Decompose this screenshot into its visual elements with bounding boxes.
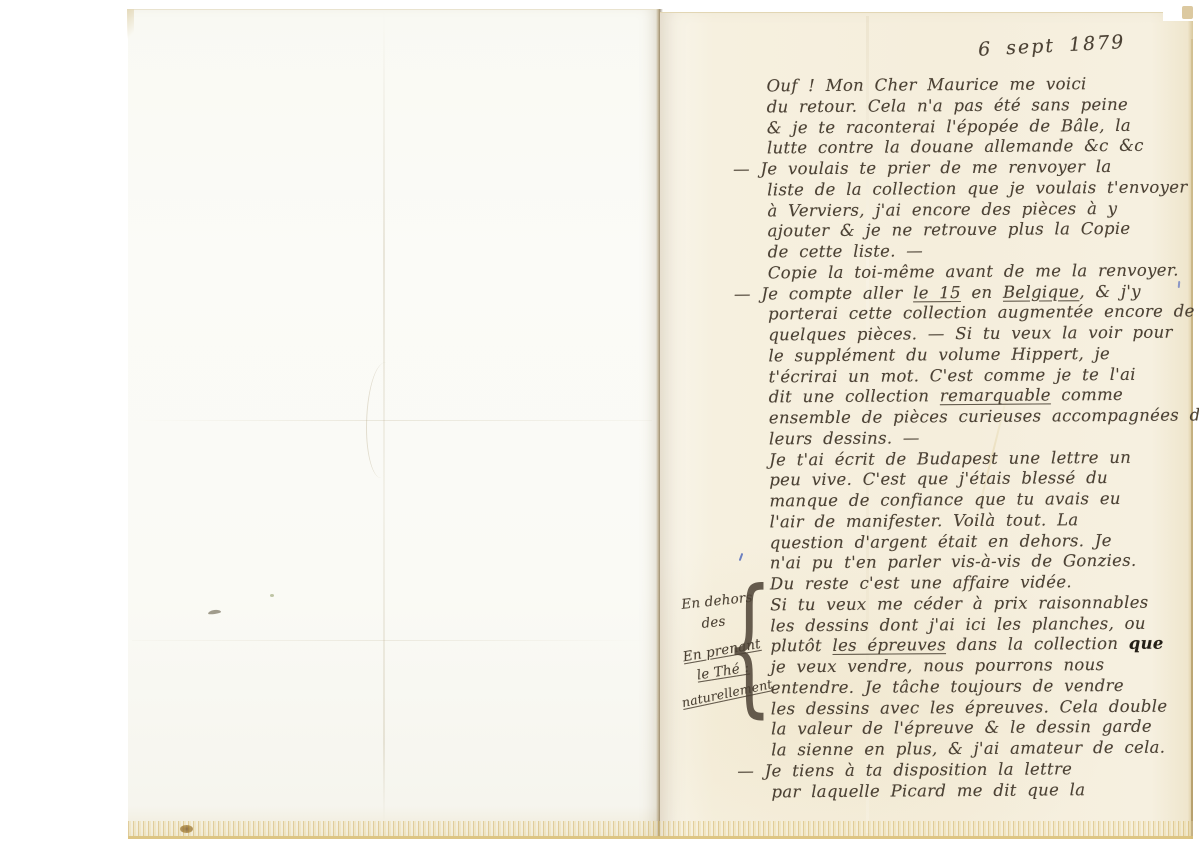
letter-line: la sienne en plus, & j'ai amateur de cel… xyxy=(737,737,1199,761)
scanned-letter-screenshot: { "document": { "kind": "handwritten let… xyxy=(0,0,1199,845)
letter-line: Je t'ai écrit de Budapest une lettre un xyxy=(735,447,1199,471)
left-page-blank xyxy=(128,9,660,839)
letter-line: liste de la collection que je voulais t'… xyxy=(733,177,1197,201)
letter-line: quelques pièces. — Si tu veux la voir po… xyxy=(734,322,1198,346)
horizontal-fold-crease-upper xyxy=(132,420,652,421)
letter-line: ensemble de pièces curieuses accompagnée… xyxy=(735,405,1199,429)
letter-line: Si tu veux me céder à prix raisonnables xyxy=(736,592,1199,616)
letter-line: lutte contre la douane allemande &c &c xyxy=(733,136,1197,160)
letter-line: t'écrirai un mot. C'est comme je te l'ai xyxy=(734,364,1198,388)
letter-body-text: Ouf ! Mon Cher Maurice me voicidu retour… xyxy=(732,73,1199,802)
letter-paper: 6 sept 1879 Ouf ! Mon Cher Maurice me vo… xyxy=(128,9,1193,839)
top-right-paper-chip xyxy=(1182,6,1193,19)
letter-line: ajouter & je ne retrouve plus la Copie xyxy=(733,219,1197,243)
margin-brace: { xyxy=(740,586,758,704)
horizontal-fold-crease-lower xyxy=(132,640,647,641)
letter-line: du retour. Cela n'a pas été sans peine xyxy=(733,94,1197,118)
deckled-bottom-edge xyxy=(128,821,1193,839)
letter-line: par laquelle Picard me dit que la xyxy=(737,779,1199,803)
top-left-corner-fold xyxy=(127,9,134,43)
ink-speck xyxy=(208,609,221,615)
letter-line: Copie la toi-même avant de me la renvoye… xyxy=(734,260,1198,284)
letter-line: n'ai pu t'en parler vis-à-vis de Gonzies… xyxy=(736,551,1199,575)
green-speck xyxy=(270,594,274,597)
letter-line: plutôt les épreuves dans la collection q… xyxy=(736,634,1199,658)
